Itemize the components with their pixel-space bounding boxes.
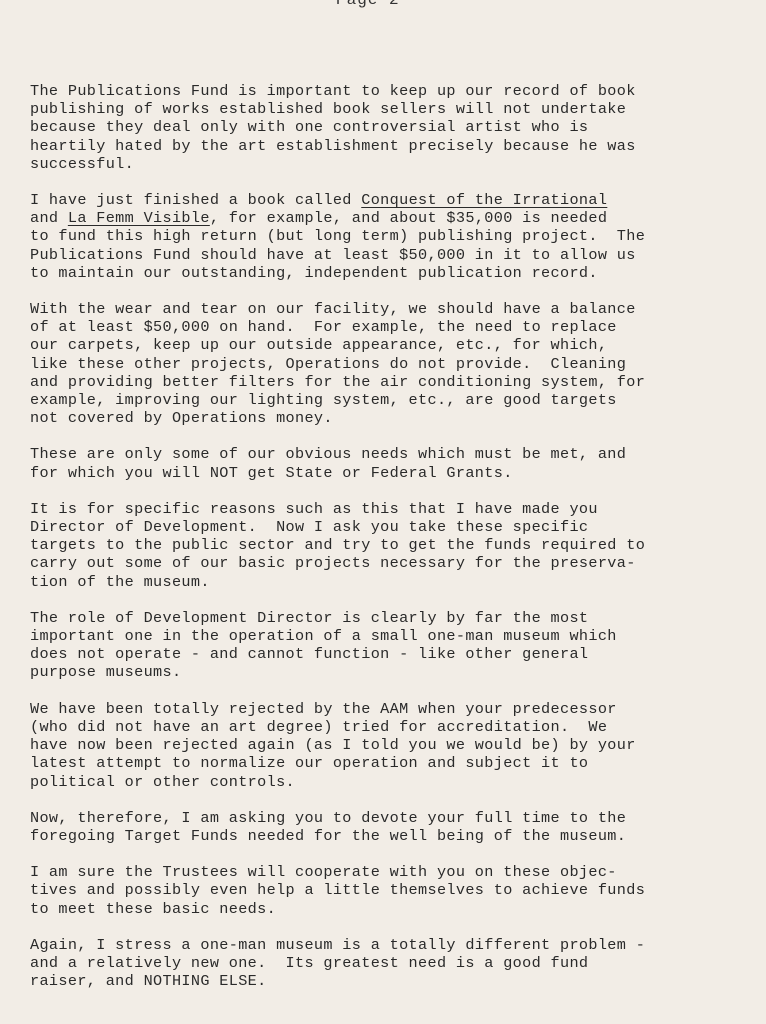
paragraph-publications-fund: The Publications Fund is important to ke…: [30, 82, 760, 173]
text-line: example, improving our lighting system, …: [30, 391, 760, 409]
text-fragment: and: [30, 209, 68, 227]
paragraph-aam-rejection: We have been totally rejected by the AAM…: [30, 700, 760, 791]
text-line: important one in the operation of a smal…: [30, 627, 760, 645]
text-line: The Publications Fund is important to ke…: [30, 82, 760, 100]
paragraph-book-project: I have just finished a book called Conqu…: [30, 191, 760, 282]
text-line: Director of Development. Now I ask you t…: [30, 518, 760, 536]
text-line: purpose museums.: [30, 663, 760, 681]
text-line: because they deal only with one controve…: [30, 118, 760, 136]
text-line: publishing of works established book sel…: [30, 100, 760, 118]
text-line: heartily hated by the art establishment …: [30, 137, 760, 155]
text-line: political or other controls.: [30, 773, 760, 791]
letter-body: The Publications Fund is important to ke…: [30, 82, 760, 1008]
paragraph-role: The role of Development Director is clea…: [30, 609, 760, 682]
text-line: With the wear and tear on our facility, …: [30, 300, 760, 318]
text-line: I am sure the Trustees will cooperate wi…: [30, 863, 760, 881]
text-line: latest attempt to normalize our operatio…: [30, 754, 760, 772]
text-line: like these other projects, Operations do…: [30, 355, 760, 373]
text-line: successful.: [30, 155, 760, 173]
text-line: targets to the public sector and try to …: [30, 536, 760, 554]
text-line: to fund this high return (but long term)…: [30, 227, 760, 245]
text-line: raiser, and NOTHING ELSE.: [30, 972, 760, 990]
book-title-la-femm-visible: La Femm Visible: [68, 209, 210, 227]
text-line: I have just finished a book called Conqu…: [30, 191, 760, 209]
text-line: and a relatively new one. Its greatest n…: [30, 954, 760, 972]
paragraph-facility: With the wear and tear on our facility, …: [30, 300, 760, 427]
text-line: of at least $50,000 on hand. For example…: [30, 318, 760, 336]
text-line: It is for specific reasons such as this …: [30, 500, 760, 518]
text-fragment: , for example, and about $35,000 is need…: [210, 209, 608, 227]
text-line: We have been totally rejected by the AAM…: [30, 700, 760, 718]
text-line: Again, I stress a one-man museum is a to…: [30, 936, 760, 954]
text-line: tion of the museum.: [30, 573, 760, 591]
text-line: and La Femm Visible, for example, and ab…: [30, 209, 760, 227]
text-line: have now been rejected again (as I told …: [30, 736, 760, 754]
text-line: These are only some of our obvious needs…: [30, 445, 760, 463]
paragraph-full-time-request: Now, therefore, I am asking you to devot…: [30, 809, 760, 845]
text-line: tives and possibly even help a little th…: [30, 881, 760, 899]
paragraph-obvious-needs: These are only some of our obvious needs…: [30, 445, 760, 481]
paragraph-trustees: I am sure the Trustees will cooperate wi…: [30, 863, 760, 918]
text-line: not covered by Operations money.: [30, 409, 760, 427]
text-fragment: I have just finished a book called: [30, 191, 361, 209]
text-line: foregoing Target Funds needed for the we…: [30, 827, 760, 845]
text-line: to meet these basic needs.: [30, 900, 760, 918]
book-title-conquest: Conquest of the Irrational: [361, 191, 607, 209]
text-line: carry out some of our basic projects nec…: [30, 554, 760, 572]
text-line: does not operate - and cannot function -…: [30, 645, 760, 663]
text-line: Now, therefore, I am asking you to devot…: [30, 809, 760, 827]
text-line: The role of Development Director is clea…: [30, 609, 760, 627]
text-line: for which you will NOT get State or Fede…: [30, 464, 760, 482]
text-line: Publications Fund should have at least $…: [30, 246, 760, 264]
page-number-header: Page 2: [336, 0, 400, 9]
text-line: (who did not have an art degree) tried f…: [30, 718, 760, 736]
paragraph-closing-stress: Again, I stress a one-man museum is a to…: [30, 936, 760, 991]
text-line: our carpets, keep up our outside appeara…: [30, 336, 760, 354]
text-line: to maintain our outstanding, independent…: [30, 264, 760, 282]
paragraph-director-appointment: It is for specific reasons such as this …: [30, 500, 760, 591]
text-line: and providing better filters for the air…: [30, 373, 760, 391]
